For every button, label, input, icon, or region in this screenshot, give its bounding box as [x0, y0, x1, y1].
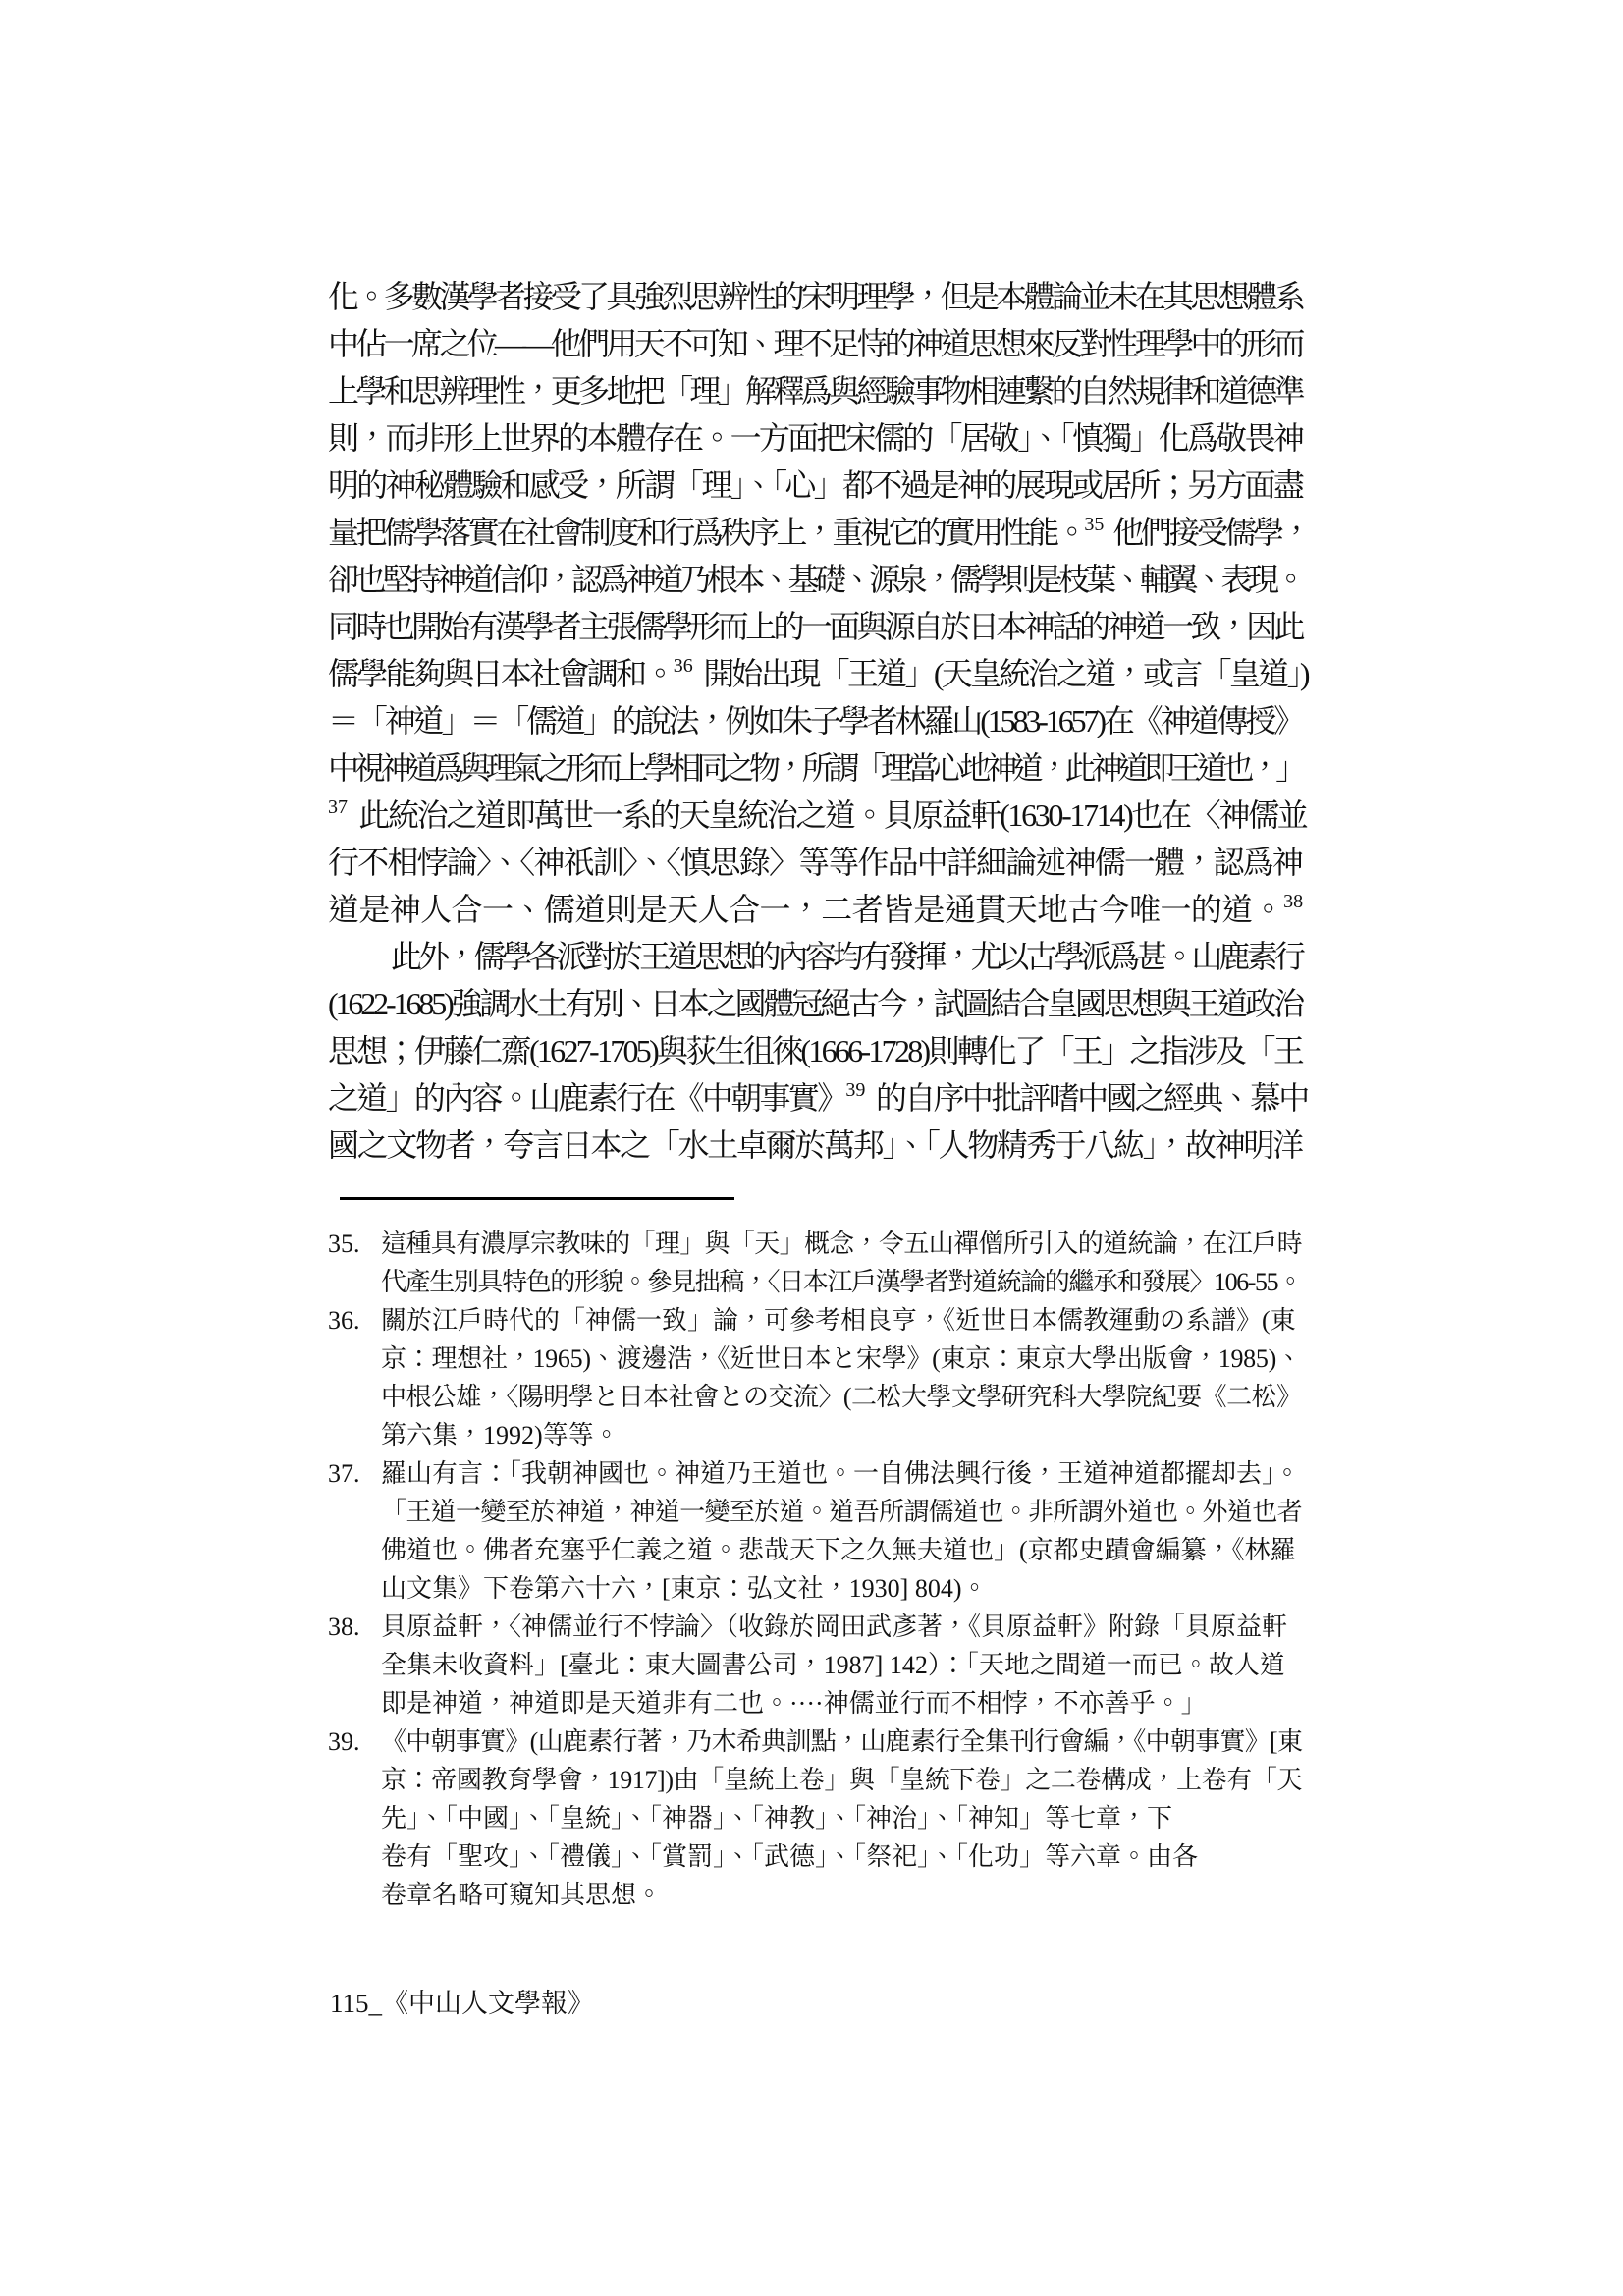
page-footer: 115_《中山人文學報》: [330, 1986, 594, 2021]
footnote-line: 《中朝事實》(山鹿素行著，乃木希典訓點，山鹿素行全集刊行會編，《中朝事實》[東: [381, 1722, 1302, 1761]
text-run: 明的神秘體驗和感受，所謂「理」、「心」都不過是神的展現或居所；另方面盡: [328, 467, 1302, 503]
footnote-line: 京：理想社，1965)、渡邊浩，《近世日本と宋學》(東京：東京大學出版會，198…: [381, 1339, 1302, 1378]
footnote-number: 37.: [328, 1454, 360, 1493]
footer-text: 115_《中山人文學報》: [330, 1989, 594, 2018]
footnote: 36.關於江戶時代的「神儒一致」論，可參考相良亨，《近世日本儒教運動の系譜》(東…: [328, 1301, 1302, 1454]
footnote: 38.貝原益軒，〈神儒並行不悖論〉（收錄於岡田武彥著，《貝原益軒》附錄「貝原益軒…: [328, 1608, 1302, 1722]
footnote-ref: 36: [674, 655, 693, 677]
text-run: 國之文物者，夸言日本之「水土卓爾於萬邦」、「人物精秀于八紘」，故神明洋: [328, 1127, 1302, 1163]
body-line: 化。多數漢學者接受了具強烈思辨性的宋明理學，但是本體論並未在其思想體系: [328, 273, 1302, 320]
text-run: 化。多數漢學者接受了具強烈思辨性的宋明理學，但是本體論並未在其思想體系: [328, 279, 1302, 314]
body-line: 國之文物者，夸言日本之「水土卓爾於萬邦」、「人物精秀于八紘」，故神明洋: [328, 1121, 1302, 1169]
footnote-text: 貝原益軒，〈神儒並行不悖論〉（收錄於岡田武彥著，《貝原益軒》附錄「貝原益軒全集未…: [381, 1608, 1302, 1722]
text-run: 道是神人合一、儒道則是天人合一，二者皆是通貫天地古今唯一的道。: [328, 892, 1283, 927]
body-text: 化。多數漢學者接受了具強烈思辨性的宋明理學，但是本體論並未在其思想體系中佔一席之…: [328, 273, 1302, 1169]
body-line: 中佔一席之位——他們用天不可知、理不足恃的神道思想來反對性理學中的形而: [328, 320, 1302, 367]
footnote-line: 中根公雄，〈陽明學と日本社會との交流〉(二松大學文學研究科大學院紀要《二松》: [381, 1378, 1302, 1416]
text-run: 他們接受儒學，: [1104, 515, 1309, 550]
footnotes: 35.這種具有濃厚宗教味的「理」與「天」概念，令五山禪僧所引入的道統論，在江戶時…: [328, 1225, 1302, 1914]
footnote: 37.羅山有言：「我朝神國也。神道乃王道也。一自佛法興行後，王道神道都擺却去」。…: [328, 1454, 1302, 1608]
text-run: 同時也開始有漢學者主張儒學形而上的一面與源自於日本神話的神道一致，因此: [328, 609, 1302, 644]
footnote-line: 山文集》下卷第六十六，[東京：弘文社，1930] 804)。: [381, 1569, 1302, 1608]
body-line: 則，而非形上世界的本體存在。一方面把宋儒的「居敬」、「慎獨」化爲敬畏神: [328, 414, 1302, 462]
body-line: 儒學能夠與日本社會調和。36 開始出現「王道」(天皇統治之道，或言「皇道」): [328, 650, 1302, 697]
footnote-line: 第六集，1992)等等。: [381, 1416, 1302, 1454]
text-run: 量把儒學落實在社會制度和行爲秩序上，重視它的實用性能。: [328, 515, 1084, 550]
footnote: 35.這種具有濃厚宗教味的「理」與「天」概念，令五山禪僧所引入的道統論，在江戶時…: [328, 1225, 1302, 1301]
text-run: 之道」的內容。山鹿素行在《中朝事實》: [328, 1080, 845, 1116]
footnote-text: 關於江戶時代的「神儒一致」論，可參考相良亨，《近世日本儒教運動の系譜》(東京：理…: [381, 1301, 1302, 1454]
body-line: (1622-1685)強調水土有別、日本之國體冠絕古今，試圖結合皇國思想與王道政…: [328, 980, 1302, 1027]
body-line: 之道」的內容。山鹿素行在《中朝事實》39 的自序中批評嗜中國之經典、慕中: [328, 1074, 1302, 1121]
text-run: 中佔一席之位——他們用天不可知、理不足恃的神道思想來反對性理學中的形而: [328, 326, 1302, 361]
text-run: 此統治之道即萬世一系的天皇統治之道。貝原益軒(1630-1714)也在〈神儒並: [348, 797, 1306, 833]
footnote-line: 即是神道，神道即是天道非有二也。····神儒並行而不相悖，不亦善乎。」: [381, 1684, 1302, 1722]
footnote-line: 全集未收資料」[臺北：東大圖書公司，1987] 142）：「天地之間道一而已。故…: [381, 1646, 1302, 1684]
text-run: (1622-1685)強調水土有別、日本之國體冠絕古今，試圖結合皇國思想與王道政…: [328, 986, 1302, 1021]
footnote-ref: 37: [328, 796, 348, 818]
footnote-number: 39.: [328, 1722, 360, 1761]
footnote-text: 羅山有言：「我朝神國也。神道乃王道也。一自佛法興行後，王道神道都擺却去」。「王道…: [381, 1454, 1302, 1608]
footnote-line: 「王道一變至於神道，神道一變至於道。道吾所謂儒道也。非所謂外道也。外道也者: [381, 1493, 1302, 1531]
footnote-line: 羅山有言：「我朝神國也。神道乃王道也。一自佛法興行後，王道神道都擺却去」。: [381, 1454, 1302, 1493]
footnote-line: 代產生別具特色的形貌。參見拙稿，〈日本江戶漢學者對道統論的繼承和發展〉106-5…: [381, 1263, 1302, 1301]
footnote-line: 先」、「中國」、「皇統」、「神器」、「神教」、「神治」、「神知」等七章，下: [381, 1799, 1302, 1837]
body-line: 此外，儒學各派對於王道思想的內容均有發揮，尤以古學派爲甚。山鹿素行: [328, 933, 1302, 980]
footnote-line: 貝原益軒，〈神儒並行不悖論〉（收錄於岡田武彥著，《貝原益軒》附錄「貝原益軒: [381, 1608, 1302, 1646]
footnote-line: 卷有「聖攻」、「禮儀」、「賞罰」、「武德」、「祭祀」、「化功」等六章。由各: [381, 1837, 1302, 1876]
text-run: 此外，儒學各派對於王道思想的內容均有發揮，尤以古學派爲甚。山鹿素行: [391, 939, 1302, 974]
footnote-text: 《中朝事實》(山鹿素行著，乃木希典訓點，山鹿素行全集刊行會編，《中朝事實》[東京…: [381, 1722, 1302, 1914]
footnote: 39.《中朝事實》(山鹿素行著，乃木希典訓點，山鹿素行全集刊行會編，《中朝事實》…: [328, 1722, 1302, 1914]
footnote-line: 卷章名略可窺知其思想。: [381, 1876, 1302, 1914]
body-line: 明的神秘體驗和感受，所謂「理」、「心」都不過是神的展現或居所；另方面盡: [328, 462, 1302, 509]
footnote-line: 這種具有濃厚宗教味的「理」與「天」概念，令五山禪僧所引入的道統論，在江戶時: [381, 1225, 1302, 1263]
footnote-number: 38.: [328, 1608, 360, 1646]
text-run: 儒學能夠與日本社會調和。: [328, 656, 674, 691]
text-run: 卻也堅持神道信仰，認爲神道乃根本、基礎、源泉，儒學則是枝葉、輔翼、表現。: [328, 562, 1302, 597]
text-run: 行不相悖論〉、〈神祇訓〉、〈慎思錄〉等等作品中詳細論述神儒一體，認爲神: [328, 845, 1302, 880]
footnote-ref: 39: [845, 1079, 865, 1101]
text-run: ＝「神道」＝「儒道」的說法，例如朱子學者林羅山(1583-1657)在《神道傳授…: [328, 703, 1302, 738]
body-line: 中視神道爲與理氣之形而上學相同之物，所謂「理當心地神道，此神道即王道也，」: [328, 744, 1302, 792]
footnote-text: 這種具有濃厚宗教味的「理」與「天」概念，令五山禪僧所引入的道統論，在江戶時代產生…: [381, 1225, 1302, 1301]
body-line: 上學和思辨理性，更多地把「理」解釋爲與經驗事物相連繫的自然規律和道德準: [328, 367, 1302, 414]
text-run: 思想；伊藤仁齋(1627-1705)與荻生徂徠(1666-1728)則轉化了「王…: [328, 1033, 1302, 1068]
body-line: ＝「神道」＝「儒道」的說法，例如朱子學者林羅山(1583-1657)在《神道傳授…: [328, 697, 1302, 744]
footnote-line: 佛道也。佛者充塞乎仁義之道。悲哉天下之久無夫道也」(京都史蹟會編纂，《林羅: [381, 1531, 1302, 1569]
body-line: 行不相悖論〉、〈神祇訓〉、〈慎思錄〉等等作品中詳細論述神儒一體，認爲神: [328, 839, 1302, 886]
footnote-ref: 35: [1084, 514, 1104, 535]
body-line: 卻也堅持神道信仰，認爲神道乃根本、基礎、源泉，儒學則是枝葉、輔翼、表現。: [328, 556, 1302, 603]
footnote-line: 京：帝國教育學會，1917])由「皇統上卷」與「皇統下卷」之二卷構成，上卷有「天: [381, 1761, 1302, 1799]
footnote-number: 36.: [328, 1301, 360, 1339]
body-line: 37 此統治之道即萬世一系的天皇統治之道。貝原益軒(1630-1714)也在〈神…: [328, 792, 1302, 839]
document-page: 化。多數漢學者接受了具強烈思辨性的宋明理學，但是本體論並未在其思想體系中佔一席之…: [0, 0, 1623, 2296]
text-run: 開始出現「王道」(天皇統治之道，或言「皇道」): [693, 656, 1308, 691]
text-run: 上學和思辨理性，更多地把「理」解釋爲與經驗事物相連繫的自然規律和道德準: [328, 373, 1302, 409]
footnote-line: 關於江戶時代的「神儒一致」論，可參考相良亨，《近世日本儒教運動の系譜》(東: [381, 1301, 1302, 1339]
body-line: 同時也開始有漢學者主張儒學形而上的一面與源自於日本神話的神道一致，因此: [328, 603, 1302, 650]
footnote-ref: 38: [1283, 891, 1303, 912]
text-run: 中視神道爲與理氣之形而上學相同之物，所謂「理當心地神道，此神道即王道也，」: [328, 750, 1302, 786]
text-run: 的自序中批評嗜中國之經典、慕中: [865, 1080, 1307, 1116]
body-line: 思想；伊藤仁齋(1627-1705)與荻生徂徠(1666-1728)則轉化了「王…: [328, 1027, 1302, 1074]
body-line: 道是神人合一、儒道則是天人合一，二者皆是通貫天地古今唯一的道。38: [328, 886, 1302, 933]
footnote-number: 35.: [328, 1225, 360, 1263]
text-run: 則，而非形上世界的本體存在。一方面把宋儒的「居敬」、「慎獨」化爲敬畏神: [328, 420, 1302, 456]
footnote-separator: [340, 1197, 734, 1200]
body-line: 量把儒學落實在社會制度和行爲秩序上，重視它的實用性能。35 他們接受儒學，: [328, 509, 1302, 556]
